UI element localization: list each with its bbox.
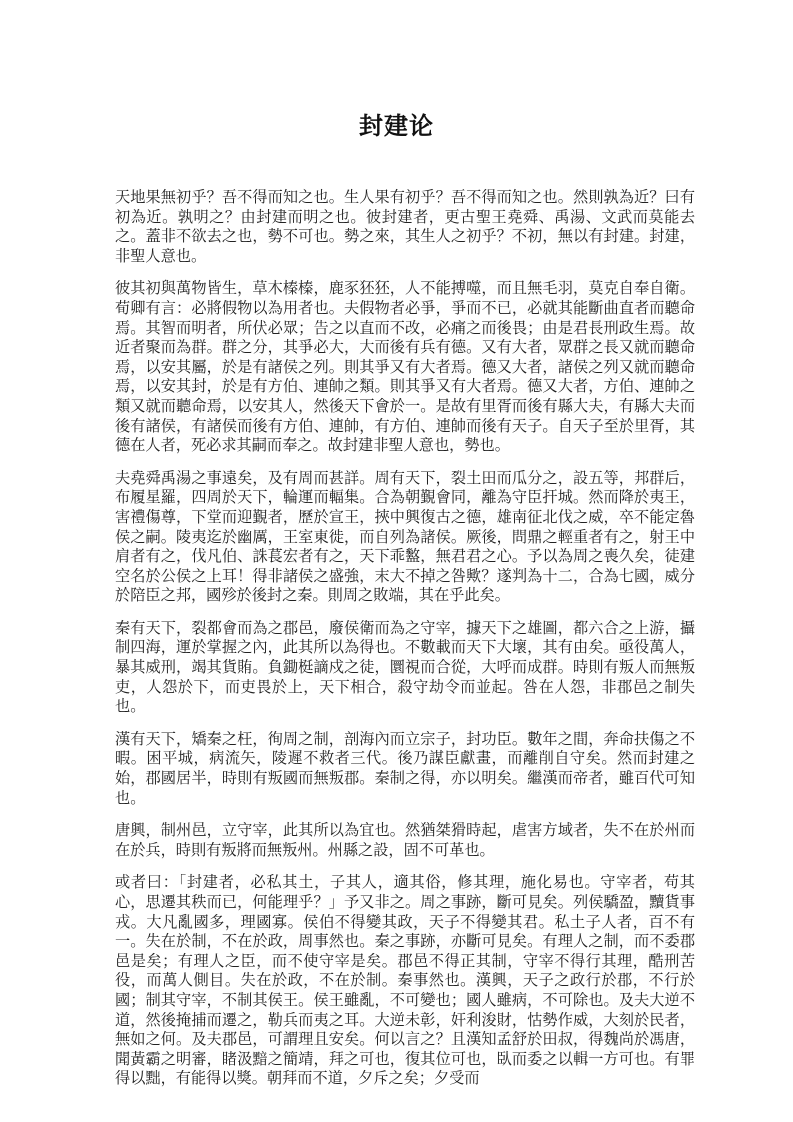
paragraph-1: 天地果無初乎？吾不得而知之也。生人果有初乎？吾不得而知之也。然則孰為近？曰有初為…	[115, 188, 695, 266]
document-body: 天地果無初乎？吾不得而知之也。生人果有初乎？吾不得而知之也。然則孰為近？曰有初為…	[115, 188, 695, 1102]
document-title: 封建论	[0, 106, 793, 141]
paragraph-6: 唐興，制州邑，立守宰，此其所以為宜也。然猶桀猾時起，虐害方域者，失不在於州而在於…	[115, 821, 695, 860]
paragraph-7: 或者曰：「封建者，必私其土，子其人，適其俗，修其理，施化易也。守宰者，苟其心，思…	[115, 873, 695, 1089]
document-page: 封建论 天地果無初乎？吾不得而知之也。生人果有初乎？吾不得而知之也。然則孰為近？…	[0, 0, 793, 1122]
paragraph-2: 彼其初與萬物皆生，草木榛榛，鹿豕狉狉，人不能搏噬，而且無毛羽，莫克自奉自衛。荀卿…	[115, 279, 695, 455]
paragraph-5: 漢有天下，矯秦之枉，徇周之制，剖海內而立宗子，封功臣。數年之間，奔命扶傷之不暇。…	[115, 730, 695, 808]
paragraph-3: 夫堯舜禹湯之事遠矣，及有周而甚詳。周有天下，裂土田而瓜分之，設五等，邦群后，布履…	[115, 469, 695, 606]
paragraph-4: 秦有天下，裂都會而為之郡邑，廢侯衛而為之守宰，據天下之雄圖，都六合之上游，攝制四…	[115, 619, 695, 717]
